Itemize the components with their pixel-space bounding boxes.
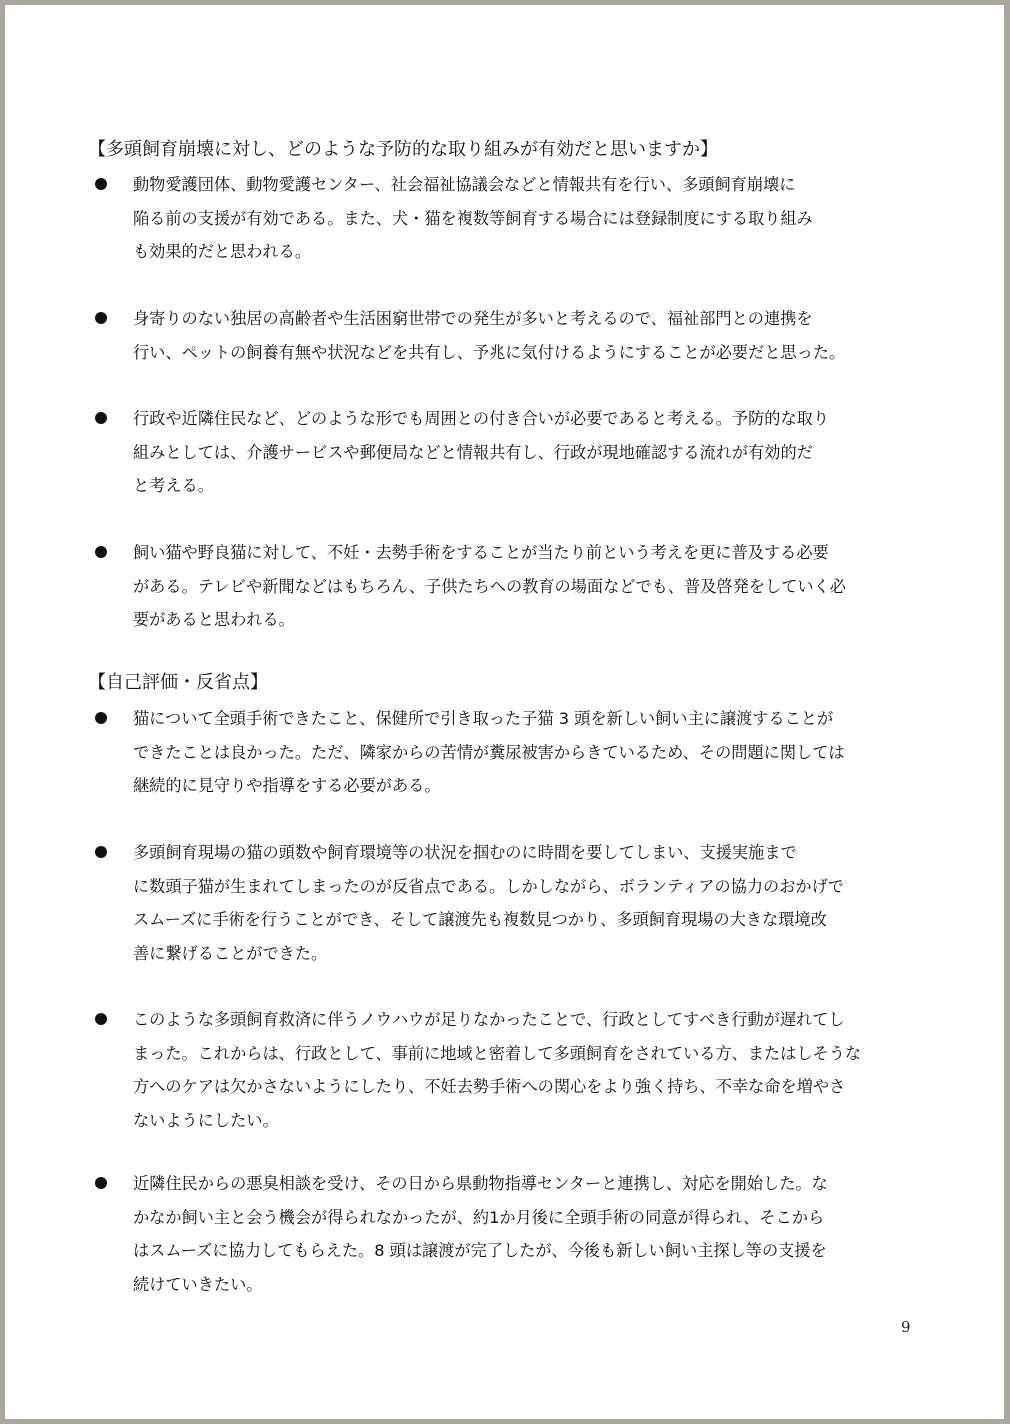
section-heading-prevention: 【多頭飼育崩壊に対し、どのような予防的な取り組みが有効だと思いますか】 [88, 135, 718, 161]
list-item-text: 近隣住民からの悪臭相談を受け、その日から県動物指導センターと連携し、対応を開始し… [133, 1167, 923, 1301]
bullet-icon [95, 546, 107, 558]
document-page: 【多頭飼育崩壊に対し、どのような予防的な取り組みが有効だと思いますか】 動物愛護… [5, 5, 1004, 1419]
list-item-text: 飼い猫や野良猫に対して、不妊・去勢手術をすることが当たり前という考えを更に普及す… [133, 536, 923, 637]
bullet-icon [95, 312, 107, 324]
list-item-text: 身寄りのない独居の高齢者や生活困窮世帯での発生が多いと考えるので、福祉部門との連… [133, 302, 923, 369]
bullet-icon [95, 1013, 107, 1025]
page-number: 9 [901, 1318, 911, 1336]
bullet-icon [95, 712, 107, 724]
list-item-text: 行政や近隣住民など、どのような形でも周囲との付き合いが必要であると考える。予防的… [133, 402, 923, 503]
bullet-icon [95, 1177, 107, 1189]
list-item-text: 動物愛護団体、動物愛護センター、社会福祉協議会などと情報共有を行い、多頭飼育崩壊… [133, 168, 923, 269]
list-item-text: 多頭飼育現場の猫の頭数や飼育環境等の状況を掴むのに時間を要してしまい、支援実施ま… [133, 836, 923, 970]
bullet-icon [95, 412, 107, 424]
section-heading-self-evaluation: 【自己評価・反省点】 [88, 668, 268, 694]
list-item-text: このような多頭飼育救済に伴うノウハウが足りなかったことで、行政としてすべき行動が… [133, 1003, 923, 1137]
bullet-icon [95, 178, 107, 190]
bullet-icon [95, 846, 107, 858]
list-item-text: 猫について全頭手術できたこと、保健所で引き取った子猫 3 頭を新しい飼い主に譲渡… [133, 702, 923, 803]
